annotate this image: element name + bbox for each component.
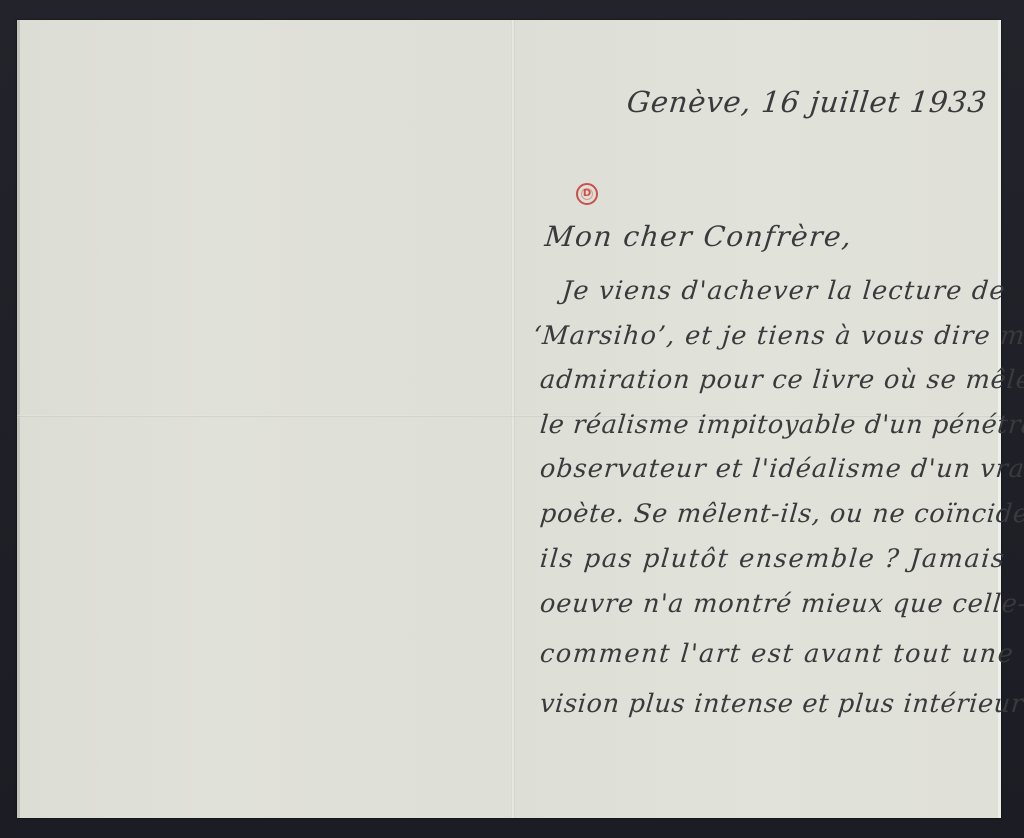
letter-date: Genève, 16 juillet 1933: [625, 88, 988, 117]
letter-body-line: ‘Marsiho’, et je tiens à vous dire mon: [532, 324, 1024, 350]
letter-body-line: oeuvre n'a montré mieux que celle-ci: [539, 592, 1024, 618]
letter-body-line: poète. Se mêlent-ils, ou ne coïncident-: [539, 502, 1024, 528]
stamp-letter: D: [578, 185, 596, 203]
letter-body-line: ils pas plutôt ensemble ? Jamais: [539, 547, 1007, 573]
letter-body-line: le réalisme impitoyable d'un pénétrant: [539, 413, 1024, 439]
paper-left-edge: [17, 20, 20, 818]
left-page-blank: [17, 20, 513, 818]
scan-backdrop: Genève, 16 juillet 1933 D Mon cher Confr…: [0, 0, 1024, 838]
letter-body-line: observateur et l'idéalisme d'un vrai: [539, 457, 1024, 483]
red-stamp-icon: D: [576, 183, 598, 205]
letter-body-line: comment l'art est avant tout une: [539, 642, 1016, 668]
letter-body-line: vision plus intense et plus intérieure: [539, 692, 1024, 718]
letter-salutation: Mon cher Confrère,: [544, 223, 854, 251]
letter-body-line: admiration pour ce livre où se mêlent: [539, 368, 1024, 394]
vertical-fold-crease: [511, 20, 515, 818]
letter-body-line: Je viens d'achever la lecture de: [561, 279, 1007, 305]
